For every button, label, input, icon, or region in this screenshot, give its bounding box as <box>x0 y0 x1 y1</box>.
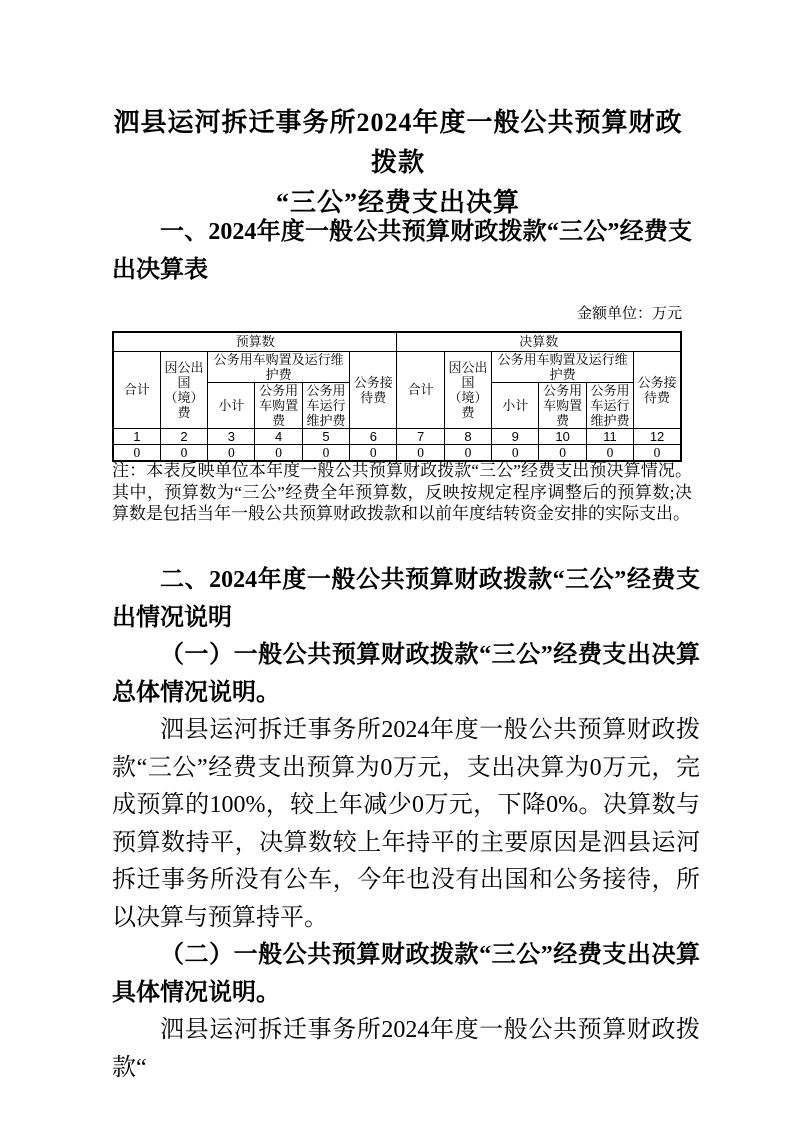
table-note: 注：本表反映单位本年度一般公共预算财政拨款“三公”经费支出预决算情况。其中，预算… <box>112 460 692 525</box>
column-number-row: 1 2 3 4 5 6 7 8 9 10 11 12 <box>113 428 681 444</box>
value-cell: 0 <box>208 444 255 461</box>
header-vehicle-group-final: 公务用车购置及运行维护费 <box>492 351 634 382</box>
value-cell: 0 <box>492 444 539 461</box>
header-vehicle-group-budget: 公务用车购置及运行维护费 <box>208 351 350 382</box>
final-group-header: 决算数 <box>397 332 681 351</box>
page-title-line1: 泗县运河拆迁事务所2024年度一般公共预算财政拨款 <box>112 103 684 183</box>
value-cell: 0 <box>255 444 302 461</box>
header-total-final: 合计 <box>397 351 444 428</box>
header-subtotal-final: 小计 <box>492 382 539 428</box>
table-group-header-row: 预算数 决算数 <box>113 332 681 351</box>
col-number: 1 <box>113 428 160 444</box>
header-vehicle-operation-budget: 公务用车运行维护费 <box>302 382 349 428</box>
col-number: 8 <box>444 428 491 444</box>
col-number: 9 <box>492 428 539 444</box>
table-header-row-top: 合计 因公出国（境）费 公务用车购置及运行维护费 公务接待费 合计 因公出国（境… <box>113 351 681 382</box>
value-cell: 0 <box>113 444 160 461</box>
section2-sub1-heading: （一）一般公共预算财政拨款“三公”经费支出决算总体情况说明。 <box>112 637 700 712</box>
amount-unit-label: 金额单位：万元 <box>112 304 682 324</box>
col-number: 5 <box>302 428 349 444</box>
header-abroad-final: 因公出国（境）费 <box>444 351 491 428</box>
col-number: 2 <box>160 428 207 444</box>
header-vehicle-operation-final: 公务用车运行维护费 <box>586 382 633 428</box>
section2: 二、2024年度一般公共预算财政拨款“三公”经费支出情况说明 （一）一般公共预算… <box>112 562 700 1087</box>
value-row: 0 0 0 0 0 0 0 0 0 0 0 0 <box>113 444 681 461</box>
value-cell: 0 <box>444 444 491 461</box>
document-page: 泗县运河拆迁事务所2024年度一般公共预算财政拨款 “三公”经费支出决算 一、2… <box>0 0 793 1122</box>
header-reception-final: 公务接待费 <box>634 351 681 428</box>
header-subtotal-budget: 小计 <box>208 382 255 428</box>
value-cell: 0 <box>586 444 633 461</box>
header-vehicle-purchase-final: 公务用车购置费 <box>539 382 586 428</box>
value-cell: 0 <box>160 444 207 461</box>
value-cell: 0 <box>350 444 397 461</box>
col-number: 3 <box>208 428 255 444</box>
value-cell: 0 <box>539 444 586 461</box>
col-number: 6 <box>350 428 397 444</box>
col-number: 4 <box>255 428 302 444</box>
header-vehicle-purchase-budget: 公务用车购置费 <box>255 382 302 428</box>
col-number: 11 <box>586 428 633 444</box>
page-title: 泗县运河拆迁事务所2024年度一般公共预算财政拨款 “三公”经费支出决算 <box>112 103 684 223</box>
section2-sub1-paragraph: 泗县运河拆迁事务所2024年度一般公共预算财政拨款“三公”经费支出预算为0万元，… <box>112 712 700 937</box>
value-cell: 0 <box>634 444 681 461</box>
section2-heading: 二、2024年度一般公共预算财政拨款“三公”经费支出情况说明 <box>112 562 700 637</box>
budget-group-header: 预算数 <box>113 332 397 351</box>
value-cell: 0 <box>397 444 444 461</box>
header-total-budget: 合计 <box>113 351 160 428</box>
col-number: 12 <box>634 428 681 444</box>
header-reception-budget: 公务接待费 <box>350 351 397 428</box>
section2-sub2-paragraph: 泗县运河拆迁事务所2024年度一般公共预算财政拨款“ <box>112 1012 700 1087</box>
three-public-expense-table: 预算数 决算数 合计 因公出国（境）费 公务用车购置及运行维护费 公务接待费 合… <box>112 331 682 462</box>
value-cell: 0 <box>302 444 349 461</box>
col-number: 7 <box>397 428 444 444</box>
header-abroad-budget: 因公出国（境）费 <box>160 351 207 428</box>
section2-sub2-heading: （二）一般公共预算财政拨款“三公”经费支出决算具体情况说明。 <box>112 937 700 1012</box>
section1-heading: 一、2024年度一般公共预算财政拨款“三公”经费支出决算表 <box>112 214 692 289</box>
col-number: 10 <box>539 428 586 444</box>
